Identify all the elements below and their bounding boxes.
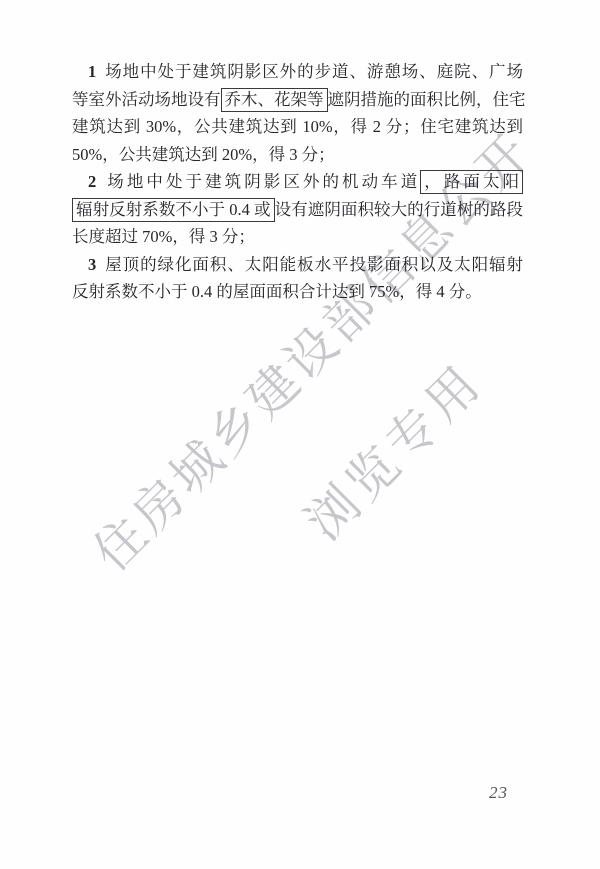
text-line: 2场地中处于建筑阴影区外的机动车道，路面太阳 xyxy=(72,168,523,196)
boxed-revision-text: 辐射反射系数不小于 0.4 或 xyxy=(72,198,275,222)
text-line: 1场地中处于建筑阴影区外的步道、游憩场、庭院、广场 xyxy=(72,58,523,86)
text-segment: 反射系数不小于 0.4 的屋面面积合计达到 75%，得 4 分。 xyxy=(72,282,482,301)
page-number: 23 xyxy=(489,783,508,803)
boxed-revision-text: 乔木、花架等 xyxy=(221,88,328,112)
text-segment: 50%，公共建筑达到 20%，得 3 分； xyxy=(72,145,335,164)
text-line: 等室外活动场地设有乔木、花架等遮阴措施的面积比例，住宅 xyxy=(72,86,523,114)
clause-number: 2 xyxy=(88,172,96,191)
text-segment: 遮阴措施的面积比例，住宅 xyxy=(328,90,526,109)
text-line: 长度超过 70%，得 3 分； xyxy=(72,223,523,251)
text-line: 反射系数不小于 0.4 的屋面面积合计达到 75%，得 4 分。 xyxy=(72,278,523,306)
clause-number: 3 xyxy=(88,255,96,274)
text-line: 3屋顶的绿化面积、太阳能板水平投影面积以及太阳辐射 xyxy=(72,251,523,279)
document-text: 1场地中处于建筑阴影区外的步道、游憩场、庭院、广场等室外活动场地设有乔木、花架等… xyxy=(72,58,523,306)
text-segment: 长度超过 70%，得 3 分； xyxy=(72,227,255,246)
text-segment: 建筑达到 30%，公共建筑达到 10%，得 2 分；住宅建筑达到 xyxy=(72,117,523,136)
document-lines: 1场地中处于建筑阴影区外的步道、游憩场、庭院、广场等室外活动场地设有乔木、花架等… xyxy=(72,58,523,306)
clause-number: 1 xyxy=(88,62,96,81)
boxed-revision-text: ，路面太阳 xyxy=(420,170,523,194)
text-segment: 设有遮阴面积较大的行道树的路段 xyxy=(275,200,523,219)
text-segment: 场地中处于建筑阴影区外的机动车道 xyxy=(104,172,420,191)
text-segment: 场地中处于建筑阴影区外的步道、游憩场、庭院、广场 xyxy=(104,62,523,81)
text-line: 50%，公共建筑达到 20%，得 3 分； xyxy=(72,141,523,169)
document-page: 住房城乡建设部信息公开 浏览专用 1场地中处于建筑阴影区外的步道、游憩场、庭院、… xyxy=(0,0,600,869)
text-segment: 等室外活动场地设有 xyxy=(72,90,221,109)
text-line: 辐射反射系数不小于 0.4 或设有遮阴面积较大的行道树的路段 xyxy=(72,196,523,224)
text-line: 建筑达到 30%，公共建筑达到 10%，得 2 分；住宅建筑达到 xyxy=(72,113,523,141)
text-segment: 屋顶的绿化面积、太阳能板水平投影面积以及太阳辐射 xyxy=(104,255,523,274)
